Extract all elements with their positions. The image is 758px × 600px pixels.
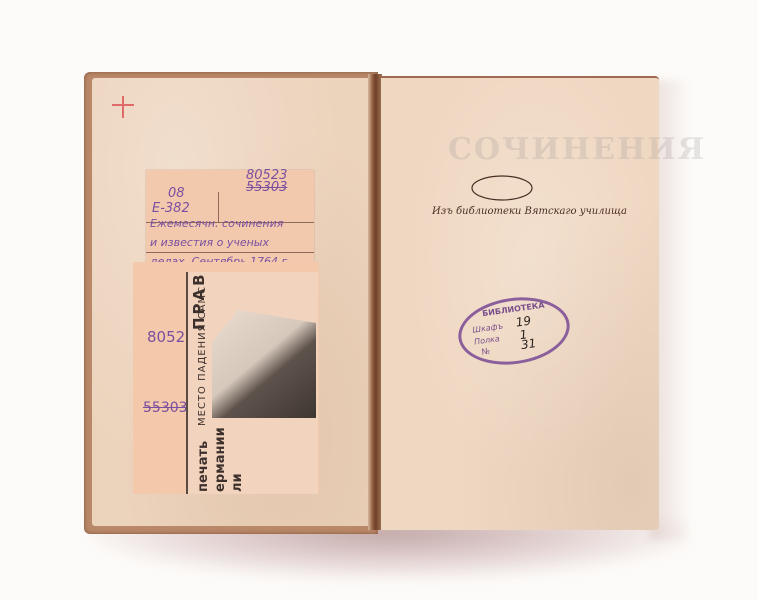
newspaper-photo: [212, 310, 316, 418]
stamp-header: БИБЛИОТЕКА: [482, 301, 545, 319]
shelf-code-bottom: E-382: [152, 201, 190, 216]
clipping-lower-2: ермании: [213, 427, 228, 492]
clipping-lower-1: печать: [196, 441, 211, 492]
flourish-icon: [468, 172, 538, 206]
stamp-label-3: №: [481, 347, 490, 357]
library-inscription: Изъ библиотеки Вятскаго училища: [432, 206, 627, 217]
clipping-lower-3: ли: [230, 473, 245, 492]
faded-title: СОЧИНЕНИЯ: [448, 132, 706, 167]
card-title-line-2: и известия о ученых: [150, 236, 269, 249]
red-cross-mark: [112, 96, 134, 118]
shelf-code-top: 08: [168, 186, 185, 201]
stamp-value-3: 31: [520, 336, 537, 352]
stamp-label-1: Шкафъ: [472, 322, 504, 335]
card-rule: [146, 252, 314, 253]
stamp-label-2: Полка: [474, 334, 501, 346]
card-title-line-1: Ежемесячн. сочинения: [150, 217, 283, 230]
book-spine: [368, 74, 382, 530]
card-number-struck: 55303: [246, 180, 287, 195]
clipping-side-number-struck: 55303: [143, 400, 188, 416]
clipping-headline-2: МЕСТО ПАДЕНИЯ САМС: [197, 286, 208, 426]
open-book: 80523 55303 08 E-382 Ежемесячн. сочинени…: [0, 0, 758, 600]
